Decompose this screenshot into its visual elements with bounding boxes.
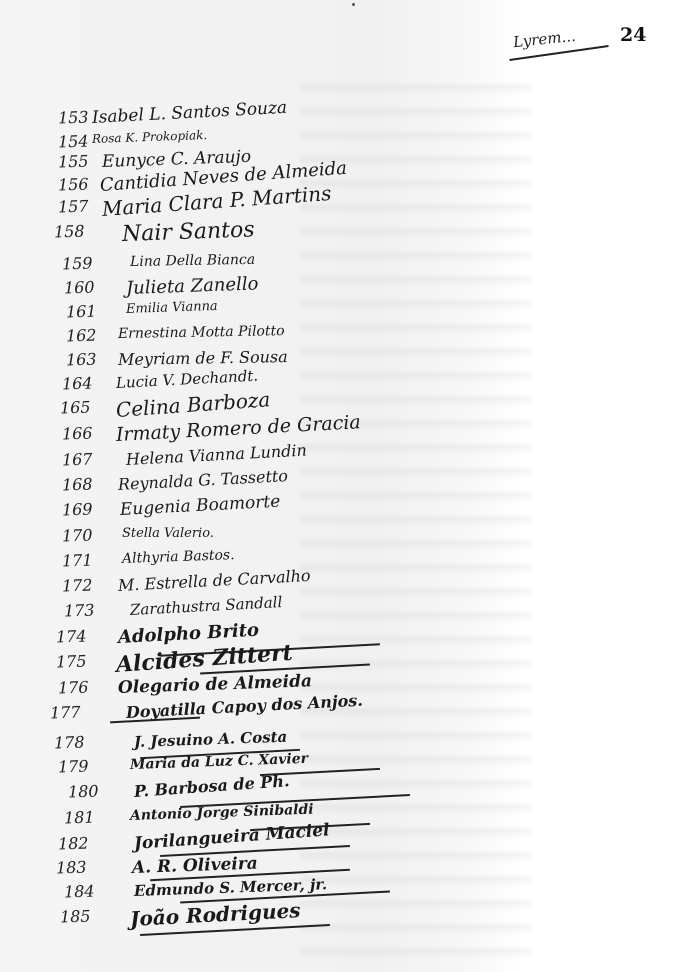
signature-name: Zarathustra Sandall — [130, 593, 283, 619]
entry-number: 182 — [58, 833, 89, 853]
entry-number: 153 — [58, 107, 89, 127]
entry-number: 168 — [62, 474, 93, 494]
signature-name: Stella Valerio. — [122, 526, 214, 541]
entry-number: 165 — [60, 397, 91, 417]
entry-number: 185 — [60, 906, 91, 926]
entry-number: 169 — [62, 499, 93, 519]
rubric-text: Lyrem... — [512, 27, 576, 51]
signature-name: M. Estrella de Carvalho — [118, 566, 311, 595]
signature-name: P. Barbosa de Ph. — [133, 771, 290, 801]
entry-number: 181 — [64, 807, 95, 827]
rubric-signature: Lyrem... — [505, 22, 615, 62]
signature-name: Antonio Jorge Sinibaldi — [130, 802, 314, 824]
entry-number: 174 — [56, 626, 87, 646]
signature-name: Helena Vianna Lundin — [126, 441, 308, 469]
entry-number: 154 — [58, 131, 89, 151]
signature-name: Maria da Luz C. Xavier — [130, 751, 309, 773]
entry-number: 159 — [62, 253, 93, 273]
entry-number: 163 — [66, 349, 97, 369]
entry-number: 156 — [58, 174, 89, 194]
entry-number: 161 — [66, 301, 97, 321]
entry-number: 173 — [64, 600, 95, 620]
page-number: 24 — [620, 24, 646, 46]
entry-number: 180 — [68, 781, 99, 801]
entry-number: 157 — [58, 196, 89, 216]
entry-number: 176 — [58, 677, 89, 697]
entry-number: 162 — [66, 325, 97, 345]
entry-number: 166 — [62, 423, 93, 443]
entry-number: 171 — [62, 550, 93, 570]
entry-number: 160 — [64, 277, 95, 297]
entry-number: 164 — [62, 373, 93, 393]
entry-number: 158 — [54, 221, 85, 241]
scanned-page: Lyrem... 24 153Isabel L. Santos Souza154… — [0, 0, 687, 972]
signature-name: Eugenia Boamorte — [119, 492, 280, 520]
signature-name: J. Jesuino A. Costa — [134, 728, 288, 751]
entry-number: 172 — [62, 575, 93, 595]
signature-name: Meyriam de F. Sousa — [118, 347, 288, 369]
signature-name: Rosa K. Prokopiak. — [92, 128, 208, 146]
signature-name: Nair Santos — [122, 217, 255, 247]
entry-number: 155 — [58, 151, 89, 171]
entry-number: 184 — [64, 881, 95, 901]
signature-name: Ernestina Motta Pilotto — [118, 323, 285, 342]
speck — [352, 3, 355, 6]
entry-number: 175 — [56, 651, 87, 671]
signature-name: Julieta Zanello — [126, 273, 259, 299]
signature-name: Emilia Vianna — [126, 299, 218, 317]
signature-name: Lina Della Bianca — [130, 252, 255, 270]
signature-name: Reynalda G. Tassetto — [118, 466, 289, 494]
entry-number: 178 — [54, 732, 85, 752]
entry-number: 179 — [58, 756, 89, 776]
entry-number: 177 — [50, 702, 81, 722]
signature-name: Lucia V. Dechandt. — [116, 367, 259, 392]
entry-number: 170 — [62, 525, 93, 545]
signature-name: Isabel L. Santos Souza — [91, 98, 287, 128]
entry-number: 167 — [62, 449, 93, 469]
entry-number: 183 — [56, 857, 87, 877]
ink-bleed-through — [300, 70, 530, 970]
signature-name: Althyria Bastos. — [122, 547, 235, 567]
